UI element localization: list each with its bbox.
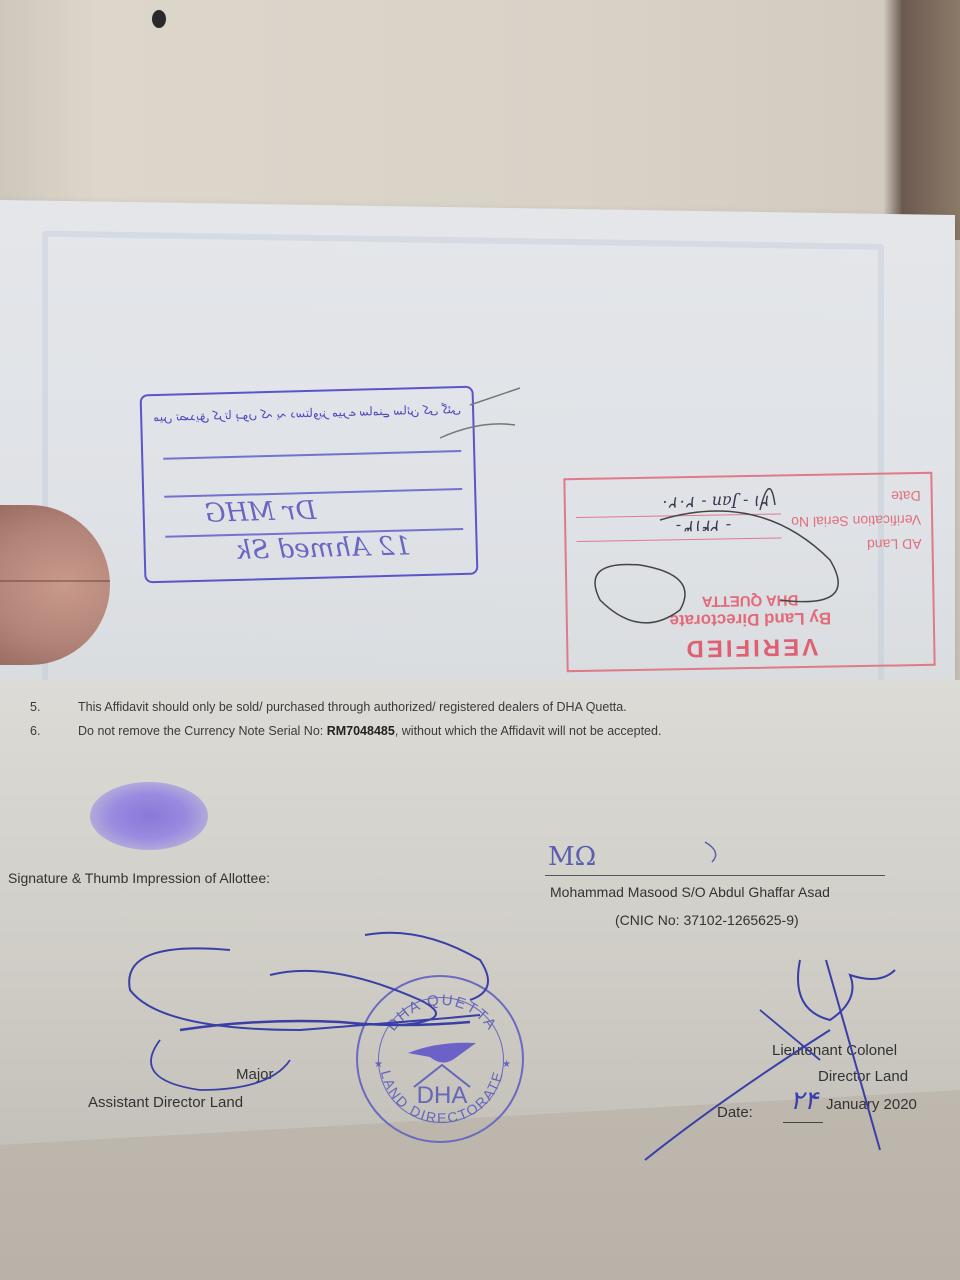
verified-date-value: ۲۱ - Jan - ۲۰۲۰ xyxy=(662,492,771,513)
allottee-name: Mohammad Masood S/O Abdul Ghaffar Asad xyxy=(550,884,830,900)
date-underline xyxy=(783,1122,823,1123)
stamp-line xyxy=(163,450,461,460)
stamp-handwriting: Dr MHG xyxy=(204,496,316,529)
verified-stamp: VERIFIED By Land Directorate DHA QUETTA … xyxy=(563,472,935,672)
assistant-director-title: Assistant Director Land xyxy=(88,1094,243,1111)
verified-field-ad-land: AD Land xyxy=(867,536,922,553)
currency-serial-number: RM7048485 xyxy=(327,724,395,738)
verified-field-serial: Verification Serial No xyxy=(791,512,921,530)
stamp-handwriting: 12 Ahmed Sk xyxy=(235,531,411,566)
thumb-impression xyxy=(90,782,208,850)
clause-text: This Affidavit should only be sold/ purc… xyxy=(78,700,627,714)
svg-text:★: ★ xyxy=(502,1059,511,1070)
date-month-year: January 2020 xyxy=(826,1096,917,1113)
signature-line xyxy=(545,875,885,876)
clause-6: 6. Do not remove the Currency Note Seria… xyxy=(30,724,661,738)
blue-attestation-stamp: میں تصدیق کرتا ہوں کہ یہ دستاویز میرے سا… xyxy=(140,386,479,584)
verified-field-date: Date xyxy=(891,488,921,505)
allottee-signature: MΩ xyxy=(548,842,596,872)
assistant-director-rank: Major xyxy=(236,1066,274,1083)
clause-5: 5. This Affidavit should only be sold/ p… xyxy=(30,700,661,714)
director-title: Director Land xyxy=(818,1068,908,1085)
svg-text:★: ★ xyxy=(374,1059,383,1070)
finger-crease xyxy=(0,580,110,582)
affidavit-clauses: 5. This Affidavit should only be sold/ p… xyxy=(30,700,661,748)
verified-stamp-mirrored-content: VERIFIED By Land Directorate DHA QUETTA … xyxy=(565,474,933,670)
pin-hole xyxy=(152,10,166,28)
seal-graphic: DHA QUETTA LAND DIRECTORATE DHA ★ ★ xyxy=(358,977,526,1145)
seal-center-text: DHA xyxy=(417,1082,468,1109)
stamp-urdu-header: میں تصدیق کرتا ہوں کہ یہ دستاویز میرے سا… xyxy=(148,402,466,426)
clause-number: 6. xyxy=(30,724,78,738)
date-label: Date: xyxy=(717,1104,753,1121)
clause-number: 5. xyxy=(30,700,78,714)
director-rank: Lieutenant Colonel xyxy=(772,1042,897,1059)
seal-top-text: DHA QUETTA xyxy=(383,992,500,1035)
svg-text:DHA QUETTA: DHA QUETTA xyxy=(383,992,500,1035)
date-day-handwritten: ۲۴ xyxy=(790,1086,818,1116)
allottee-cnic: (CNIC No: 37102-1265625-9) xyxy=(615,912,799,928)
verified-title: VERIFIED xyxy=(568,630,933,664)
clause-text: Do not remove the Currency Note Serial N… xyxy=(78,724,661,738)
allottee-signature-label: Signature & Thumb Impression of Allottee… xyxy=(8,870,270,886)
verified-serial-value: - ۲۴۱۳ - xyxy=(676,516,732,536)
clause-text-before: Do not remove the Currency Note Serial N… xyxy=(78,724,327,738)
clause-text-after: , without which the Affidavit will not b… xyxy=(395,724,662,738)
verified-field-line xyxy=(576,537,781,542)
dha-land-directorate-seal: DHA QUETTA LAND DIRECTORATE DHA ★ ★ xyxy=(356,975,524,1143)
